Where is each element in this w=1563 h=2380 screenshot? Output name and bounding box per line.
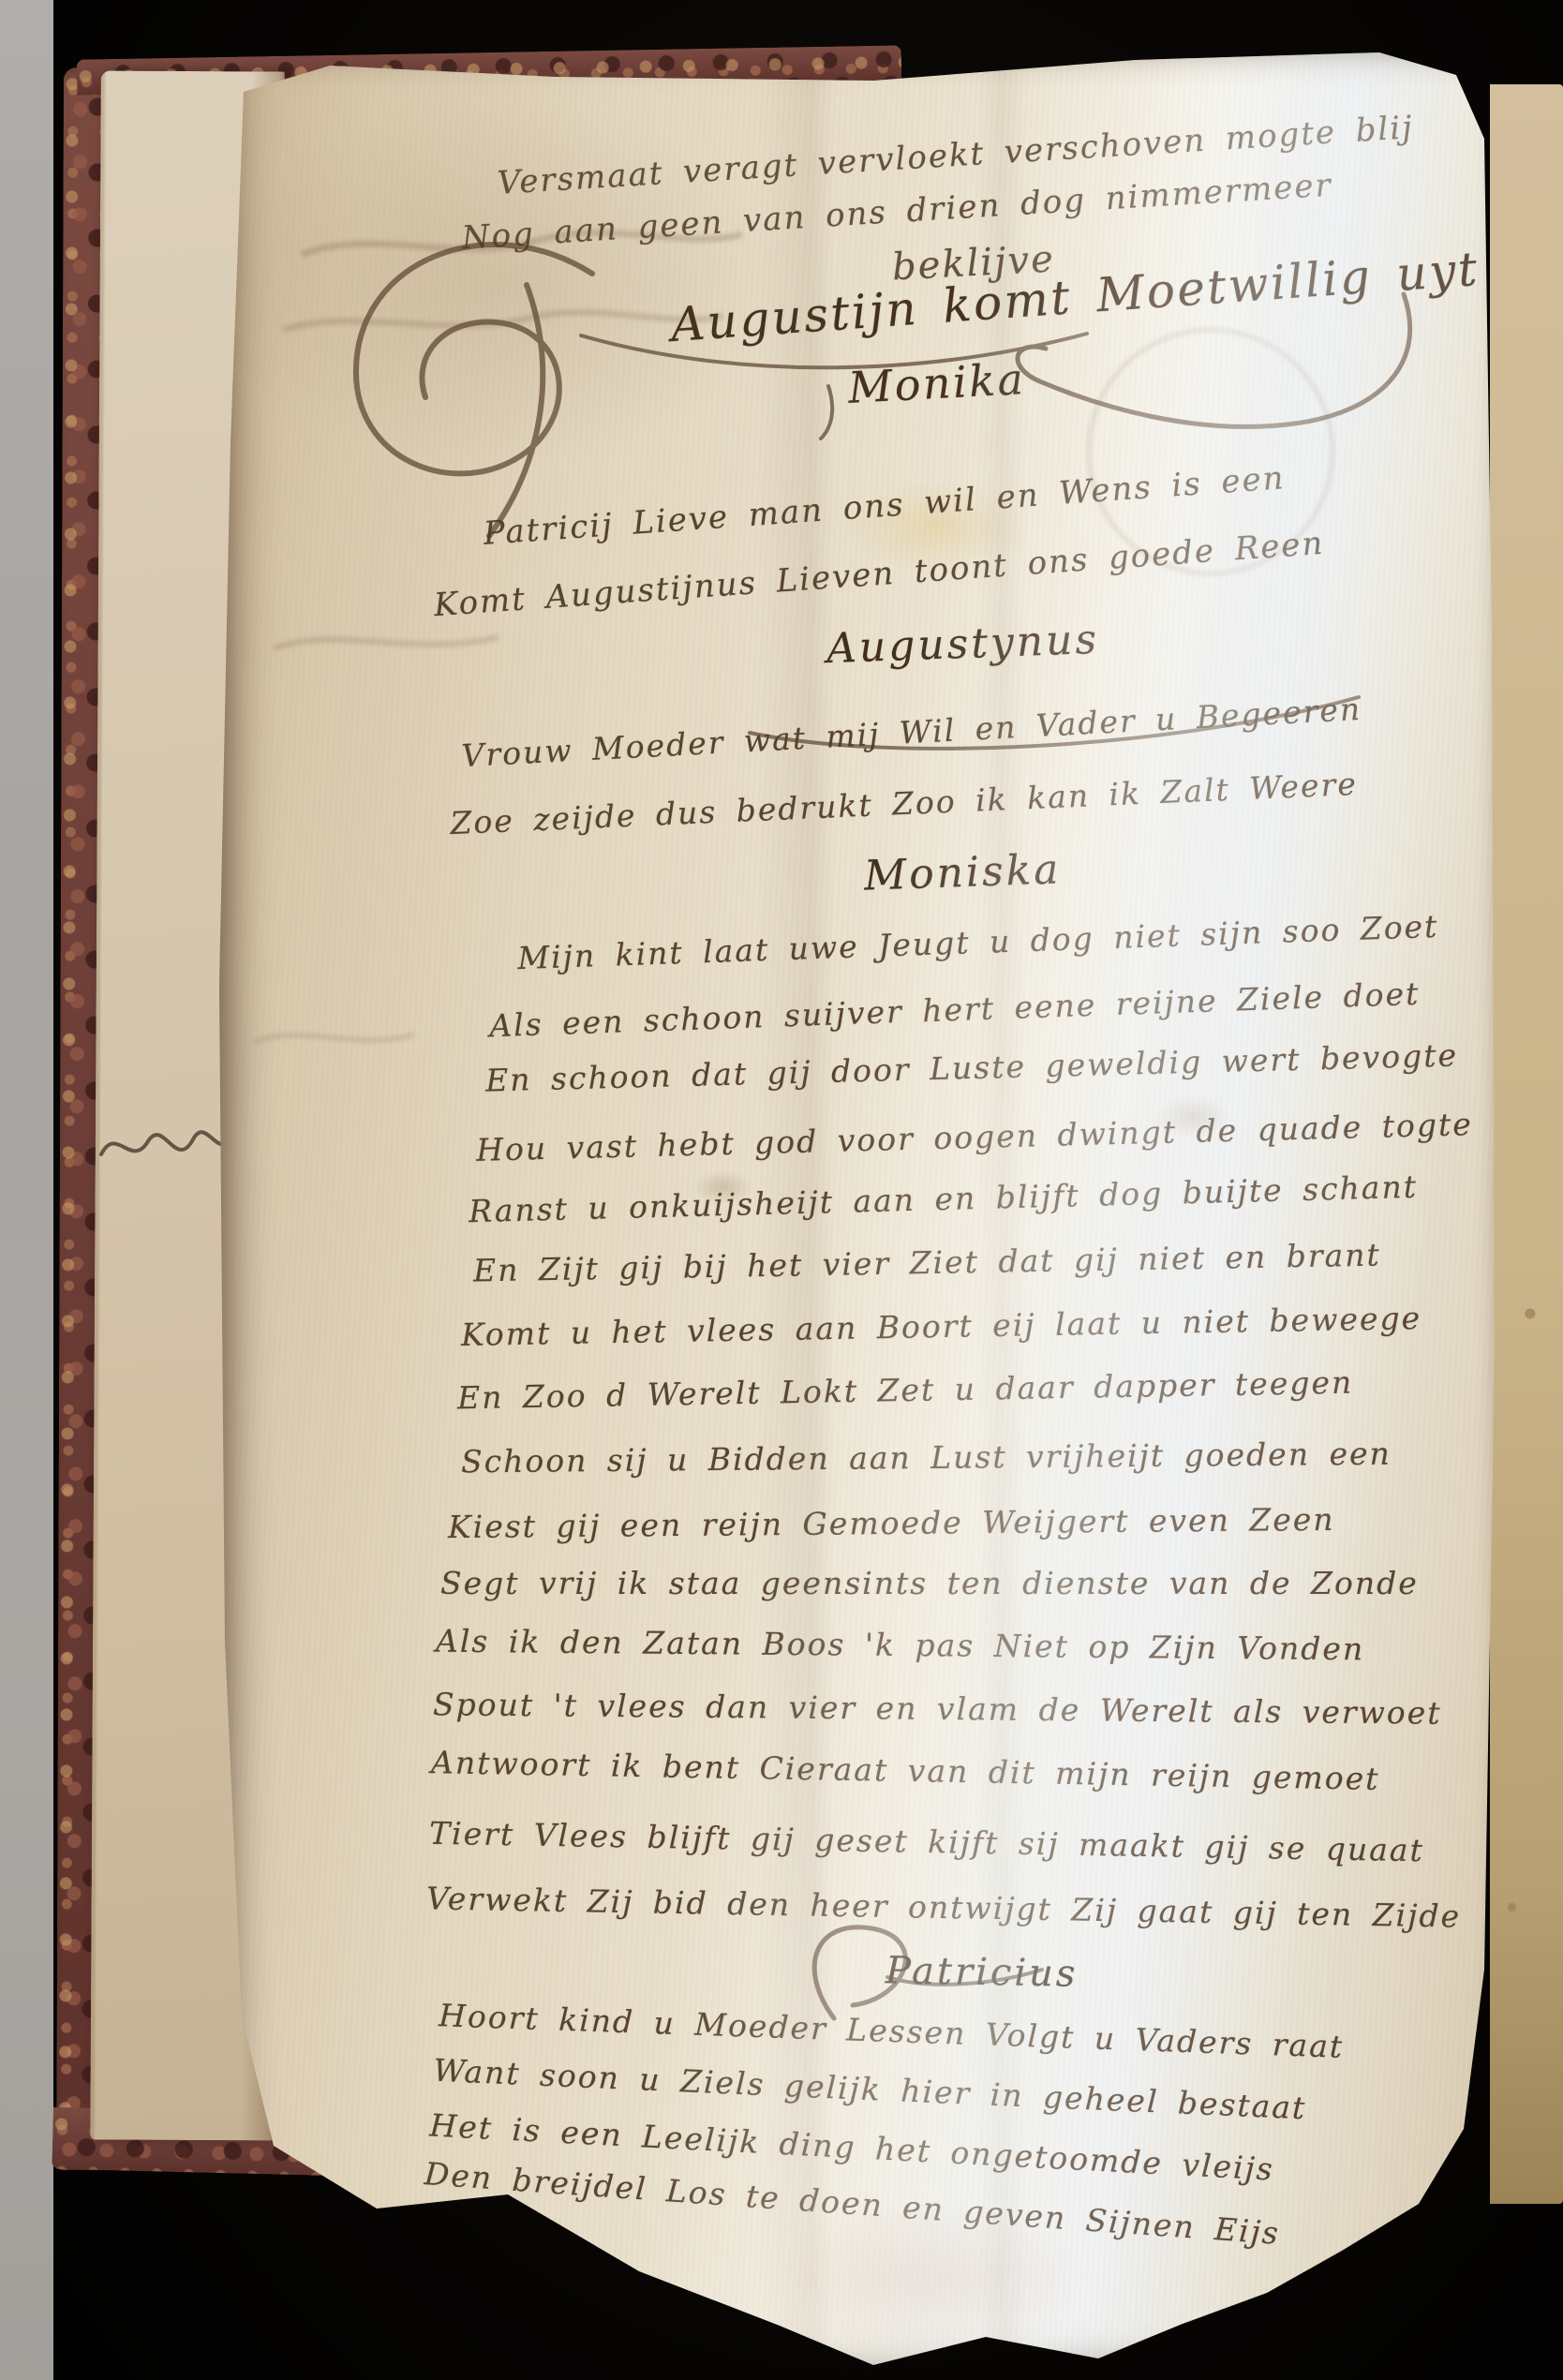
- verse-line: Tiert Vlees blijft gij geset kijft sij m…: [429, 1815, 1424, 1869]
- verse-line: Segt vrij ik staa geensints ten dienste …: [440, 1565, 1419, 1601]
- verse-line: Het is een Leelijk ding het ongetoomde v…: [429, 2106, 1275, 2187]
- handwritten-text-block: Versmaat veragt vervloekt verschoven mog…: [217, 49, 1503, 2371]
- verse-line: Komt u het vlees aan Boort eij laat u ni…: [461, 1300, 1422, 1353]
- header-line: beklijve: [891, 237, 1056, 289]
- manuscript-photo: Versmaat veragt vervloekt verschoven mog…: [0, 0, 1563, 2380]
- verse-line: Mijn kint laat uwe Jeugt u dog niet sijn…: [517, 908, 1439, 976]
- title-line: Augustijn komt Moetwillig uyt: [669, 242, 1481, 352]
- verse-line: Hoort kind u Moeder Lessen Volgt u Vader…: [439, 1997, 1345, 2065]
- verse-line: Den breijdel Los te doen en geven Sijnen…: [424, 2155, 1281, 2252]
- bleed-through-ghost-writing: [217, 49, 1503, 2371]
- verse-line: Zoe zeijde dus bedrukt Zoo ik kan ik Zal…: [450, 766, 1359, 841]
- manuscript-page: Versmaat veragt vervloekt verschoven mog…: [217, 49, 1503, 2371]
- verse-line: Verwekt Zij bid den heer ontwijgt Zij ga…: [426, 1880, 1462, 1934]
- verse-line: Spout 't vlees dan vier en vlam de Werel…: [433, 1686, 1442, 1731]
- verse-line: Schoon sij u Bidden aan Lust vrijheijt g…: [461, 1435, 1392, 1480]
- verse-line: Kiest gij een reijn Gemoede Weijgert eve…: [448, 1501, 1335, 1545]
- underlying-page-right-edge: [1490, 84, 1563, 2204]
- header-line: Nog aan geen van ons drien dog nimmermee…: [461, 167, 1333, 258]
- speaker-heading: Moniska: [863, 845, 1062, 900]
- verse-line: Ranst u onkuijsheijt aan en blijft dog b…: [469, 1168, 1419, 1230]
- scanner-edge-strip: [0, 0, 53, 2380]
- verse-line: En Zoo d Werelt Lokt Zet u daar dapper t…: [457, 1364, 1354, 1417]
- verse-line: En schoon dat gij door Luste geweldig we…: [485, 1036, 1459, 1098]
- verse-line: Patricij Lieve man ons wil en Wens is ee…: [483, 459, 1287, 553]
- verse-line: Antwoort ik bent Cieraat van dit mijn re…: [431, 1744, 1380, 1797]
- speaker-heading: Augustynus: [826, 616, 1100, 673]
- verse-line: Vrouw Moeder wat mij Wil en Vader u Bege…: [461, 691, 1362, 774]
- verse-line: Komt Augustijnus Lieven toont ons goede …: [433, 525, 1326, 624]
- title-line: Monika: [847, 353, 1027, 413]
- verse-line: Want soon u Ziels gelijk hier in geheel …: [433, 2052, 1308, 2127]
- header-line: Versmaat veragt vervloekt verschoven mog…: [497, 109, 1415, 202]
- verse-line: En Zijt gij bij het vier Ziet dat gij ni…: [473, 1237, 1381, 1289]
- verse-line: Als ik den Zatan Boos 'k pas Niet op Zij…: [436, 1623, 1365, 1668]
- verse-line: Hou vast hebt god voor oogen dwingt de q…: [476, 1106, 1474, 1168]
- verse-line: Als een schoon suijver hert eene reijne …: [489, 975, 1421, 1045]
- calligraphic-flourishes: [217, 49, 1503, 2371]
- speaker-heading: Patricius: [886, 1949, 1079, 1996]
